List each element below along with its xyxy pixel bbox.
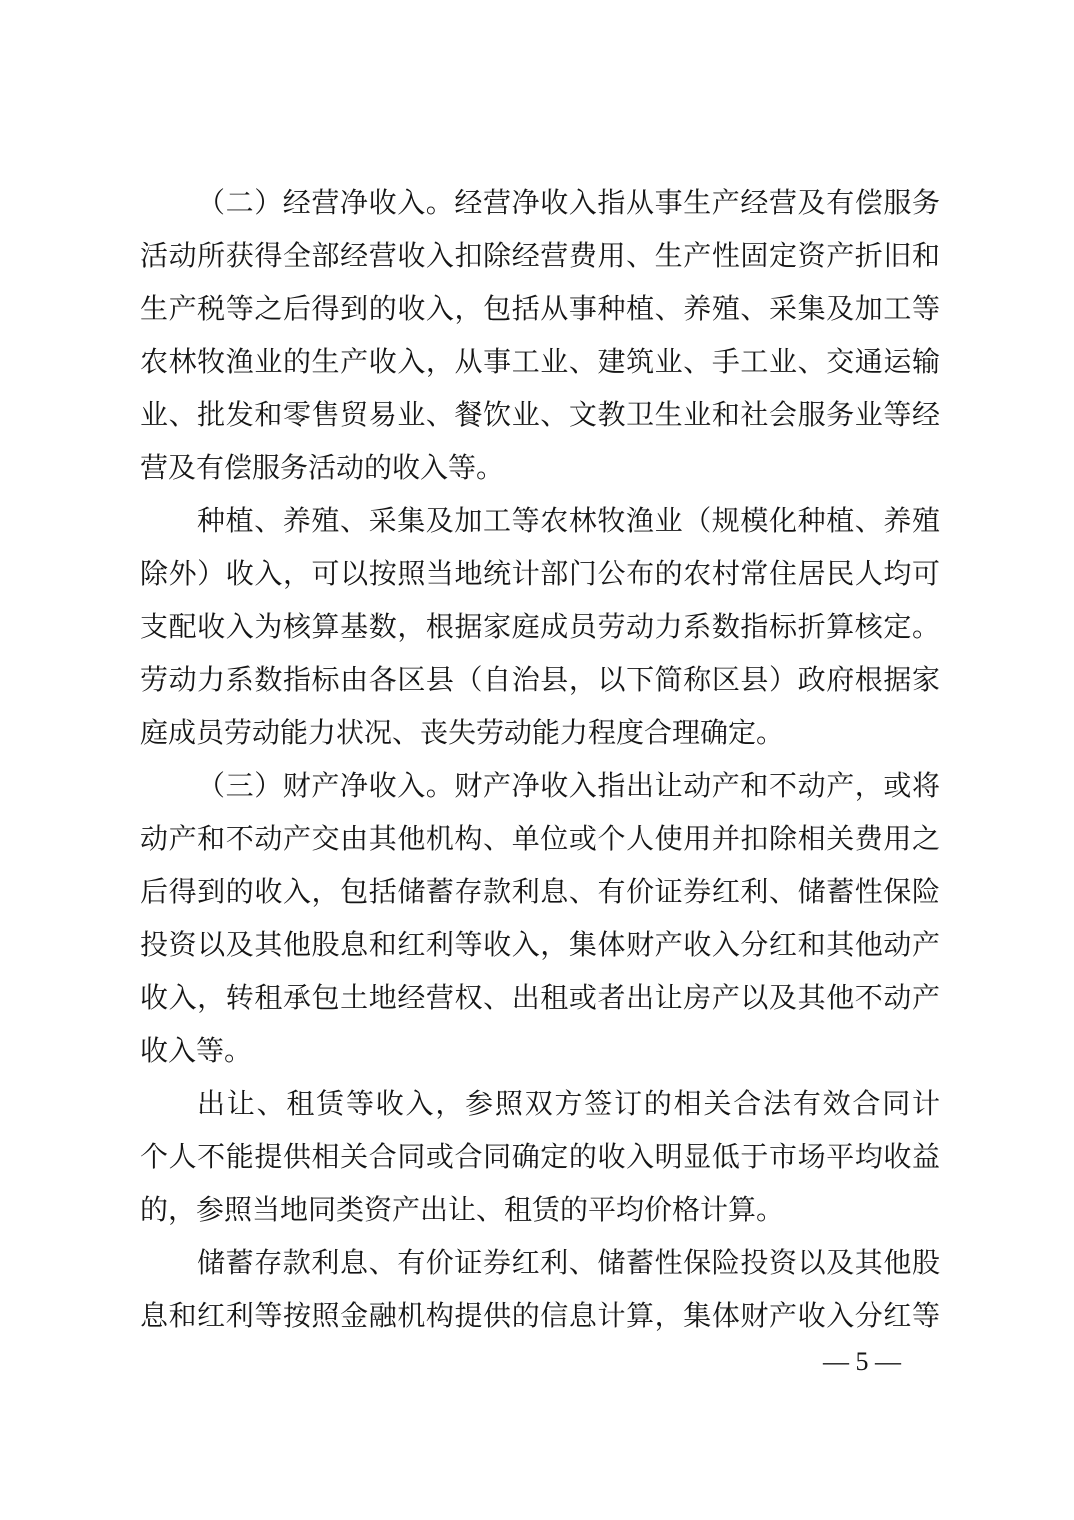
text-line: 农林牧渔业的生产收入，从事工业、建筑业、手工业、交通运输	[140, 336, 940, 389]
text-line: 业、批发和零售贸易业、餐饮业、文教卫生业和社会服务业等经	[140, 389, 940, 442]
text-line: 投资以及其他股息和红利等收入，集体财产收入分红和其他动产	[140, 919, 940, 972]
text-line: 动产和不动产交由其他机构、单位或个人使用并扣除相关费用之	[140, 813, 940, 866]
text-line: 除外）收入，可以按照当地统计部门公布的农村常住居民人均可	[140, 548, 940, 601]
text-line: 收入，转租承包土地经营权、出租或者出让房产以及其他不动产	[140, 972, 940, 1025]
text-line: （三）财产净收入。财产净收入指出让动产和不动产，或将	[140, 760, 940, 813]
text-line: （二）经营净收入。经营净收入指从事生产经营及有偿服务	[140, 177, 940, 230]
text-line: 生产税等之后得到的收入，包括从事种植、养殖、采集及加工等	[140, 283, 940, 336]
paragraph-transfer-lease-income: 出让、租赁等收入，参照双方签订的相关合法有效合同计算； 个人不能提供相关合同或合…	[140, 1078, 940, 1237]
document-page: （二）经营净收入。经营净收入指从事生产经营及有偿服务 活动所获得全部经营收入扣除…	[0, 0, 1074, 1520]
text-line: 劳动力系数指标由各区县（自治县，以下简称区县）政府根据家	[140, 654, 940, 707]
text-line: 支配收入为核算基数，根据家庭成员劳动力系数指标折算核定。	[140, 601, 940, 654]
paragraph-property-net-income: （三）财产净收入。财产净收入指出让动产和不动产，或将 动产和不动产交由其他机构、…	[140, 760, 940, 1078]
text-line: 的，参照当地同类资产出让、租赁的平均价格计算。	[140, 1184, 940, 1237]
text-line: 出让、租赁等收入，参照双方签订的相关合法有效合同计算；	[140, 1078, 940, 1131]
document-body: （二）经营净收入。经营净收入指从事生产经营及有偿服务 活动所获得全部经营收入扣除…	[140, 177, 940, 1343]
text-line: 营及有偿服务活动的收入等。	[140, 442, 940, 495]
paragraph-farming-income-calculation: 种植、养殖、采集及加工等农林牧渔业（规模化种植、养殖 除外）收入，可以按照当地统…	[140, 495, 940, 760]
text-line: 种植、养殖、采集及加工等农林牧渔业（规模化种植、养殖	[140, 495, 940, 548]
paragraph-operating-net-income: （二）经营净收入。经营净收入指从事生产经营及有偿服务 活动所获得全部经营收入扣除…	[140, 177, 940, 495]
page-number: — 5 —	[812, 1346, 912, 1378]
text-line: 庭成员劳动能力状况、丧失劳动能力程度合理确定。	[140, 707, 940, 760]
text-line: 后得到的收入，包括储蓄存款利息、有价证券红利、储蓄性保险	[140, 866, 940, 919]
text-line: 储蓄存款利息、有价证券红利、储蓄性保险投资以及其他股	[140, 1237, 940, 1290]
text-line: 收入等。	[140, 1025, 940, 1078]
text-line: 息和红利等按照金融机构提供的信息计算，集体财产收入分红等	[140, 1290, 940, 1343]
text-line: 活动所获得全部经营收入扣除经营费用、生产性固定资产折旧和	[140, 230, 940, 283]
paragraph-interest-dividend-income: 储蓄存款利息、有价证券红利、储蓄性保险投资以及其他股 息和红利等按照金融机构提供…	[140, 1237, 940, 1343]
text-line: 个人不能提供相关合同或合同确定的收入明显低于市场平均收益	[140, 1131, 940, 1184]
